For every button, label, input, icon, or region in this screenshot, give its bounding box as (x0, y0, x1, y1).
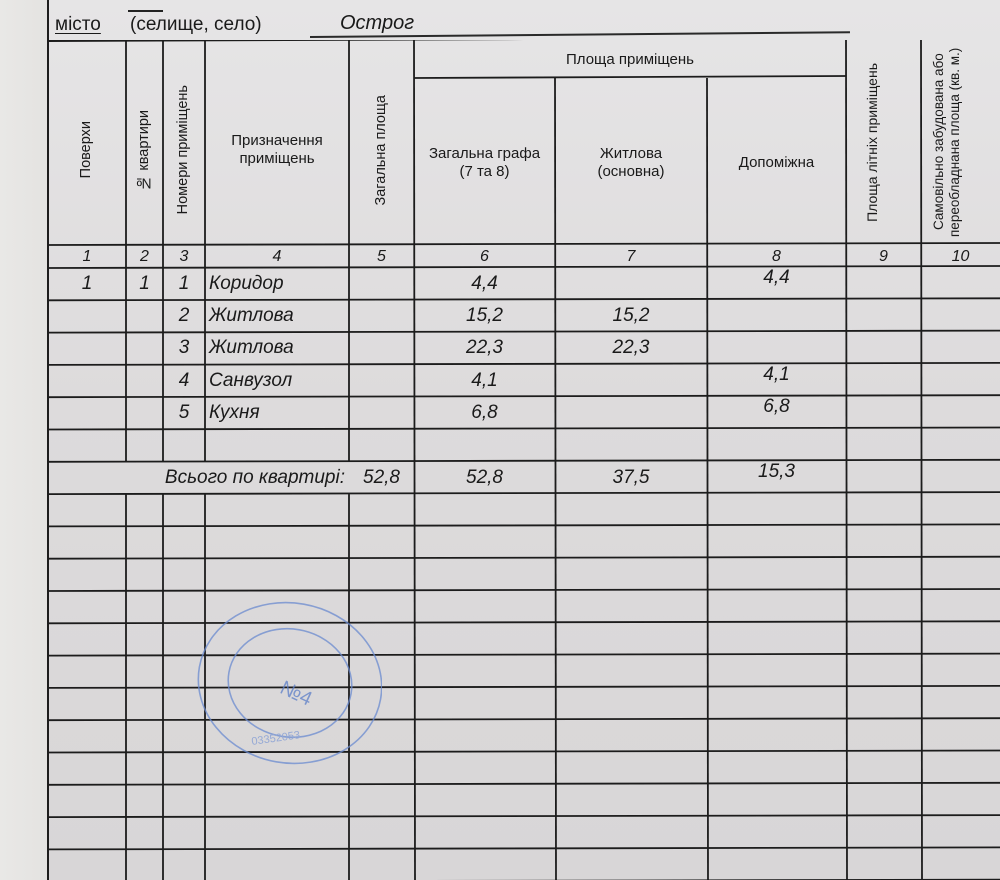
cell-purpose: Санвузол (205, 365, 353, 397)
total-row-label: Всього по квартирі: (48, 462, 345, 494)
cell-unauth (921, 268, 1000, 300)
total-area_total: 52,8 (414, 462, 555, 494)
cell-floor (48, 365, 126, 397)
col-header-area-living: Житлова (основна) (555, 80, 707, 245)
col-header-room-purpose: Призначення приміщень (205, 55, 349, 245)
cell-area_total: 4,1 (414, 365, 555, 397)
col-header-total-area: Загальна площа (349, 55, 414, 245)
cell-apt (126, 300, 163, 332)
column-number-9: 9 (846, 245, 921, 268)
cell-room: 4 (163, 365, 205, 397)
cell-room: 5 (163, 397, 205, 429)
cell-floor (48, 300, 126, 332)
cell-unauth (921, 397, 1000, 429)
cell-purpose: Житлова (205, 333, 353, 365)
cell-living (555, 268, 707, 300)
cell-apt (126, 333, 163, 365)
cell-summer (846, 333, 921, 365)
col-header-apartment-no: № квартири (126, 55, 163, 245)
total-summer (846, 462, 921, 494)
cell-aux (707, 327, 846, 359)
cell-apt (126, 365, 163, 397)
cell-total (349, 268, 414, 300)
col-header-room-numbers: Номери приміщень (163, 55, 205, 245)
cell-area_total: 15,2 (414, 300, 555, 332)
total-aux: 15,3 (707, 456, 846, 488)
column-number-7: 7 (555, 245, 707, 268)
col-header-unauthorized-area: Самовільно забудована або переобладнана … (921, 42, 1000, 242)
col-header-summer-area: Площа літніх приміщень (846, 42, 921, 242)
settlement-type-label: (селище, село) (130, 14, 262, 36)
cell-floor (48, 333, 126, 365)
page-margin (0, 0, 48, 880)
cell-apt (126, 397, 163, 429)
cell-floor: 1 (48, 268, 126, 300)
cell-floor (48, 397, 126, 429)
column-number-1: 1 (48, 245, 126, 268)
col-header-area-auxiliary: Допоміжна (707, 80, 846, 245)
cell-aux: 6,8 (707, 391, 846, 423)
rooms-area-table: Поверхи № квартири Номери приміщень Приз… (48, 40, 1000, 880)
column-number-10: 10 (921, 245, 1000, 268)
cell-area_total: 22,3 (414, 333, 555, 365)
cell-total (349, 365, 414, 397)
cell-living: 22,3 (555, 333, 707, 365)
cell-aux: 4,1 (707, 359, 846, 391)
column-number-3: 3 (163, 245, 205, 268)
cell-room: 3 (163, 333, 205, 365)
cell-aux: 4,4 (707, 262, 846, 294)
cell-summer (846, 268, 921, 300)
col-group-header-area: Площа приміщень (414, 42, 846, 78)
cell-unauth (921, 365, 1000, 397)
location-header: місто (селище, село) Острог (55, 12, 855, 40)
cell-purpose: Житлова (205, 300, 353, 332)
cell-summer (846, 300, 921, 332)
column-number-5: 5 (349, 245, 414, 268)
cell-living: 15,2 (555, 300, 707, 332)
city-label: місто (55, 14, 101, 36)
cell-living (555, 365, 707, 397)
cell-purpose: Кухня (205, 397, 353, 429)
cell-unauth (921, 300, 1000, 332)
cell-room: 2 (163, 300, 205, 332)
cell-total (349, 300, 414, 332)
cell-area_total: 6,8 (414, 397, 555, 429)
cell-room: 1 (163, 268, 205, 300)
cell-summer (846, 365, 921, 397)
column-number-6: 6 (414, 245, 555, 268)
column-number-4: 4 (205, 245, 349, 268)
city-value: Острог (340, 12, 414, 35)
total-total: 52,8 (349, 462, 414, 494)
cell-unauth (921, 333, 1000, 365)
cell-purpose: Коридор (205, 268, 353, 300)
cell-living (555, 397, 707, 429)
cell-summer (846, 397, 921, 429)
col-header-area-total: Загальна графа (7 та 8) (414, 80, 555, 245)
column-number-2: 2 (126, 245, 163, 268)
cell-total (349, 333, 414, 365)
cell-total (349, 397, 414, 429)
col-header-floors: Поверхи (48, 55, 126, 245)
cell-area_total: 4,4 (414, 268, 555, 300)
cell-apt: 1 (126, 268, 163, 300)
cell-aux (707, 294, 846, 326)
total-living: 37,5 (555, 462, 707, 494)
total-unauth (921, 462, 1000, 494)
